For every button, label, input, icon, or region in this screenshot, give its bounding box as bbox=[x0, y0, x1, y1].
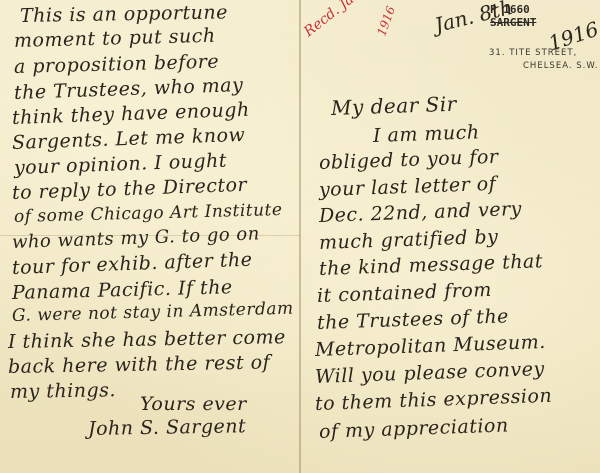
letter-line: to reply to the Director bbox=[12, 174, 248, 204]
letter-line: to them this expression bbox=[315, 385, 553, 415]
letter-line: Metropolitan Museum. bbox=[315, 331, 546, 361]
letter-line: This is an opportune bbox=[20, 1, 228, 27]
letter-line: my things. bbox=[10, 379, 116, 403]
letter-line: obliged to you for bbox=[319, 146, 499, 174]
letterhead-district: CHELSEA. S.W. bbox=[523, 61, 599, 71]
salutation: My dear Sir bbox=[331, 92, 458, 120]
signature: John S. Sargent bbox=[88, 415, 247, 440]
letter-line: I think she has better come bbox=[8, 326, 286, 353]
letter-line: it contained from bbox=[317, 279, 493, 307]
letter-line: back here with the rest of bbox=[8, 351, 271, 378]
letter-line: the Trustees of the bbox=[317, 305, 510, 334]
closing: Yours ever bbox=[140, 393, 247, 415]
letter-line: of my appreciation bbox=[319, 414, 509, 443]
letter-line: the kind message that bbox=[319, 250, 544, 280]
letter-line: I am much bbox=[373, 121, 480, 147]
letter-line: who wants my G. to go on bbox=[12, 223, 261, 253]
received-annotation-year: 1916 bbox=[374, 4, 398, 37]
letter-line: a proposition before bbox=[14, 51, 220, 78]
left-page: This is an opportune moment to put such … bbox=[0, 0, 300, 473]
letter-line: Panama Pacific. If the bbox=[12, 276, 233, 304]
stamp-number: P 1660 bbox=[490, 3, 536, 16]
letter-line: Will you please convey bbox=[315, 358, 545, 388]
stamp-name: SARGENT bbox=[490, 16, 536, 29]
letter-line: tour for exhib. after the bbox=[12, 249, 253, 279]
archive-stamp: P 1660 SARGENT bbox=[490, 3, 536, 29]
letter-sheet: This is an opportune moment to put such … bbox=[0, 0, 600, 473]
right-page: Recd. Jan. 22 1916 Jan. 8th P 1660 SARGE… bbox=[301, 0, 600, 473]
letter-line: Dec. 22nd, and very bbox=[319, 198, 523, 227]
letterhead-street: 31. TITE STREET, bbox=[489, 48, 577, 58]
received-annotation: Recd. Jan. 22 bbox=[301, 0, 385, 40]
letter-line: moment to put such bbox=[14, 25, 216, 52]
letter-line: your last letter of bbox=[319, 173, 497, 201]
letter-line: much gratified by bbox=[319, 226, 499, 254]
